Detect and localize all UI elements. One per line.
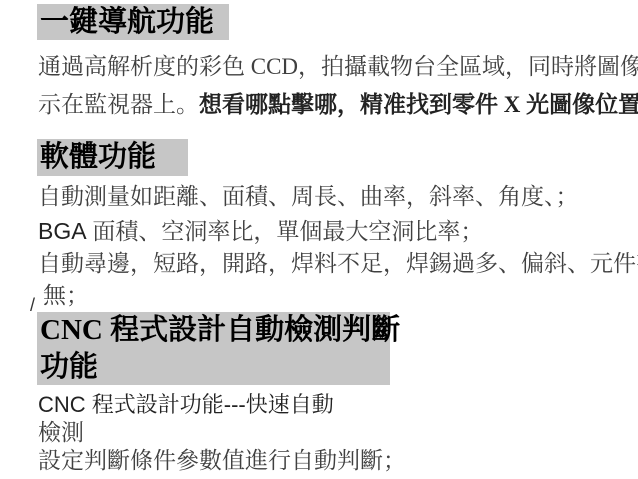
text-line: CNC 程式設計功能---快速自動 [38,391,334,419]
text-segment-latin: BGA [38,218,87,244]
stray-slash-character: / [30,295,35,315]
text-line: 無； [43,279,89,313]
text-segment: 示在監視器上。 [38,92,199,117]
document-page: 一鍵導航功能 通過高解析度的彩色 CCD，拍攝載物台全區域，同時將圖像顯 示在監… [0,0,638,479]
text-line: 設定判斷條件參數值進行自動判斷； [38,447,406,475]
text-line: 示在監視器上。想看哪點擊哪，精准找到零件 X 光圖像位置。 [38,88,638,122]
text-line: 通過高解析度的彩色 CCD，拍攝載物台全區域，同時將圖像顯 [38,50,638,84]
heading-cnc-auto-inspection: CNC 程式設計自動檢測判斷 功能 [37,312,390,385]
text-line: 檢測 [38,419,84,447]
text-line: BGA 面積、空洞率比，單個最大空洞比率； [38,214,483,248]
heading-one-key-navigation: 一鍵導航功能 [37,4,229,40]
text-segment: 面積、空洞率比，單個最大空洞比率； [87,219,484,244]
text-segment-emphasis: 想看哪點擊哪，精准找到零件 X 光圖像位置。 [199,92,638,117]
text-line: 自動測量如距離、面積、周長、曲率，斜率、角度、； [38,180,579,214]
text-line: 自動尋邊，短路，開路，焊料不足，焊錫過多、偏斜、元件有 [38,247,638,281]
heading-software-functions: 軟體功能 [37,139,188,176]
heading-line: 功能 [40,349,390,386]
heading-line: CNC 程式設計自動檢測判斷 [40,312,390,349]
